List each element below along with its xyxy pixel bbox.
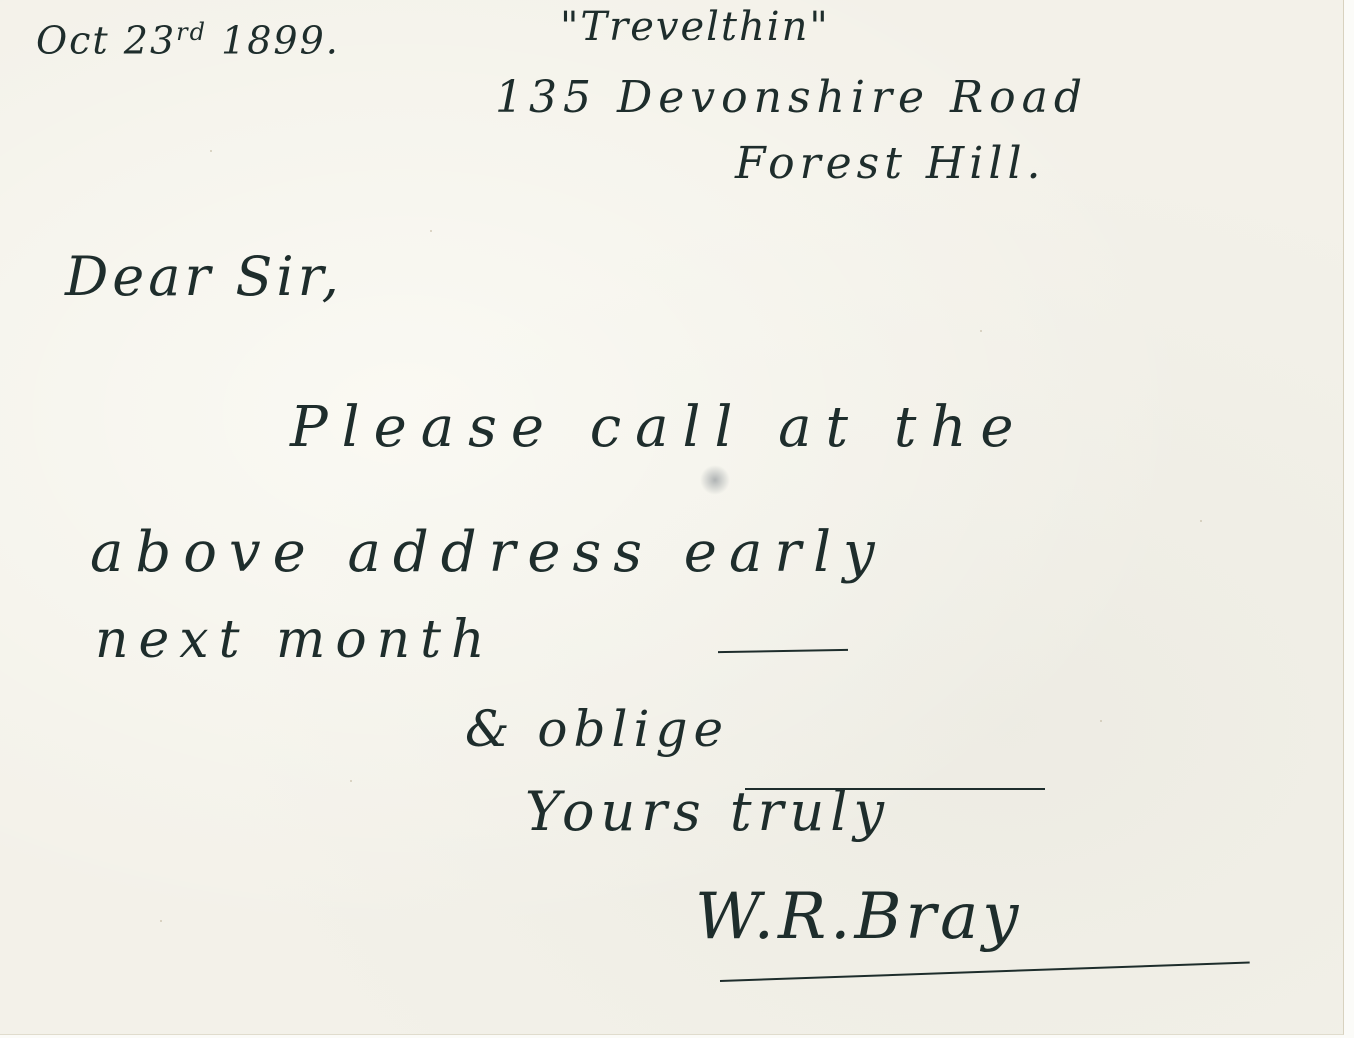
address-area: Forest Hill.	[735, 138, 1046, 189]
paper-speck	[210, 150, 212, 152]
oblige-line: & oblige	[465, 700, 729, 758]
paper-speck	[1200, 520, 1202, 522]
signature: W.R.Bray	[695, 880, 1022, 954]
signature-underline	[720, 962, 1250, 982]
paper-speck	[430, 230, 432, 232]
body-line-2: above address early	[90, 520, 887, 585]
paper-speck	[1100, 720, 1102, 722]
salutation: Dear Sir,	[65, 245, 343, 308]
letter-card: Oct 23rd 1899. "Trevelthin" 135 Devonshi…	[0, 0, 1344, 1035]
dash-stroke	[718, 649, 848, 653]
address-house-name: "Trevelthin"	[560, 4, 830, 50]
address-street: 135 Devonshire Road	[495, 72, 1088, 123]
paper-speck	[350, 780, 352, 782]
closing-flourish	[745, 788, 1045, 790]
paper-smudge	[700, 465, 730, 495]
letter-date: Oct 23rd 1899.	[36, 18, 340, 63]
paper-speck	[160, 920, 162, 922]
body-line-3: next month	[95, 610, 495, 670]
body-line-1: Please call at the	[290, 395, 1028, 460]
paper-speck	[980, 330, 982, 332]
